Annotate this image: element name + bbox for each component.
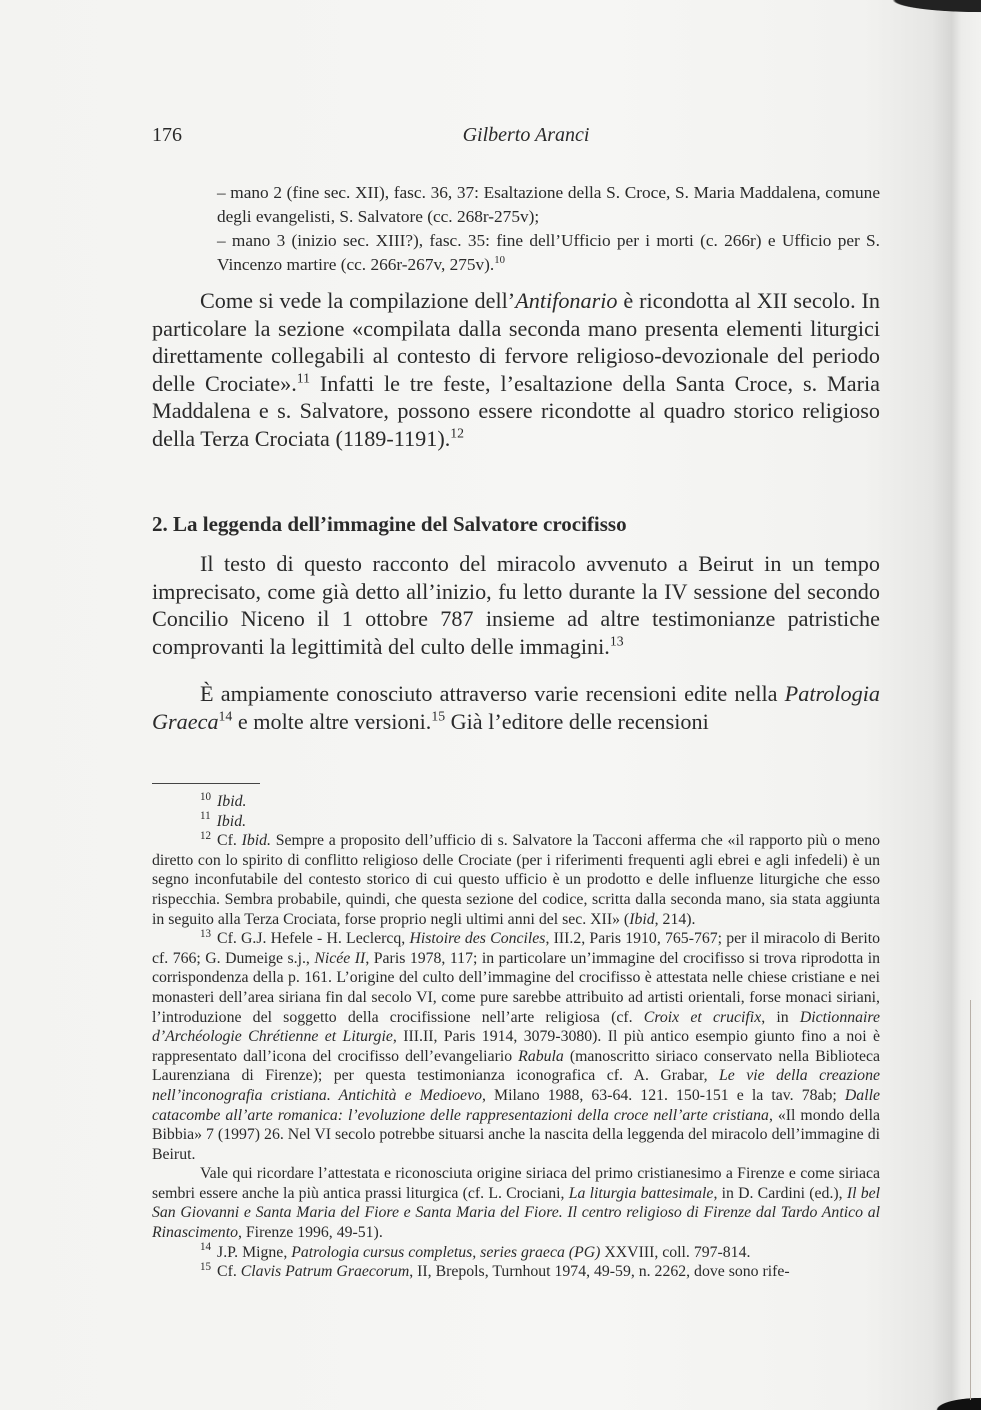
footnote-12: 12Cf. Ibid. Sempre a proposito dell’uffi… [152,831,880,929]
manuscript-hands-list: – mano 2 (fine sec. XII), fasc. 36, 37: … [217,181,880,277]
page-header: 176 Gilberto Aranci [152,124,880,154]
footnote-ref[interactable]: 12 [450,425,464,440]
paragraph-antifonario: Come si vede la compilazione dell’Antifo… [152,287,880,452]
list-item: – mano 2 (fine sec. XII), fasc. 36, 37: … [217,181,880,229]
section-heading: 2. La leggenda dell’immagine del Salvato… [152,512,880,537]
footnote-ref[interactable]: 14 [219,708,233,723]
scanned-page: 176 Gilberto Aranci – mano 2 (fine sec. … [0,0,981,1410]
page-curl-shadow-top [880,0,981,14]
footnote-13: 13Cf. G.J. Hefele - H. Leclercq, Histoir… [152,929,880,1164]
page-edge-line [970,1000,971,1400]
footnote-10: 10Ibid. [152,792,880,812]
footnote-14: 14J.P. Migne, Patrologia cursus completu… [152,1243,880,1263]
footnote-11: 11Ibid. [152,812,880,832]
footnote-ref[interactable]: 13 [610,633,624,648]
footnote-15: 15Cf. Clavis Patrum Graecorum, II, Brepo… [152,1262,880,1282]
footnote-13-continued: Vale qui ricordare l’attestata e riconos… [152,1164,880,1242]
footnotes: 10Ibid. 11Ibid. 12Cf. Ibid. Sempre a pro… [152,792,880,1282]
footnote-separator [152,783,260,784]
list-item: – mano 3 (inizio sec. XIII?), fasc. 35: … [217,229,880,277]
running-head: Gilberto Aranci [152,124,880,147]
footnote-ref[interactable]: 11 [297,370,310,385]
paragraph-recensions: È ampiamente conosciuto attraverso varie… [152,680,880,735]
page-curl-shadow-bottom [930,1396,981,1410]
footnote-ref[interactable]: 10 [494,254,505,266]
paragraph-beirut-miracle: Il testo di questo racconto del miracolo… [152,550,880,660]
footnote-ref[interactable]: 15 [431,708,445,723]
